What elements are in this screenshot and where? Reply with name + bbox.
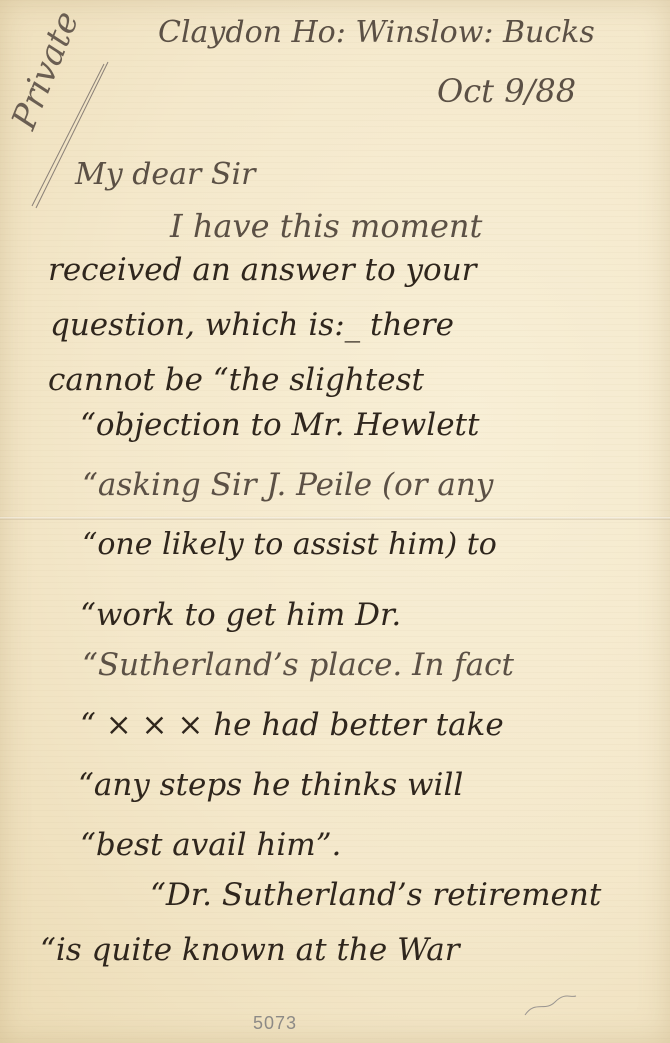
letter-salutation: My dear Sir bbox=[75, 160, 255, 190]
body-line: “any steps he thinks will bbox=[78, 770, 463, 801]
body-line: cannot be “the slightest bbox=[48, 365, 424, 396]
letter-page: Private Claydon Ho: Winslow: Bucks Oct 9… bbox=[0, 0, 670, 1043]
body-line: “Sutherland’s place. In fact bbox=[82, 650, 514, 681]
letter-date: Oct 9/88 bbox=[437, 75, 576, 107]
body-line: question, which is:_ there bbox=[50, 310, 454, 341]
pencil-squiggle bbox=[520, 990, 580, 1020]
catalog-number: 5073 bbox=[253, 1013, 297, 1034]
body-line: “best avail him”. bbox=[80, 830, 341, 861]
body-line: “Dr. Sutherland’s retirement bbox=[150, 880, 601, 911]
body-line: “one likely to assist him) to bbox=[82, 530, 497, 560]
body-line: “asking Sir J. Peile (or any bbox=[82, 470, 493, 501]
body-line: received an answer to your bbox=[48, 255, 477, 286]
body-line: “objection to Mr. Hewlett bbox=[80, 410, 479, 441]
letter-address: Claydon Ho: Winslow: Bucks bbox=[158, 18, 595, 48]
body-line: I have this moment bbox=[170, 210, 482, 242]
body-line: “is quite known at the War bbox=[40, 935, 460, 966]
paper-fold-crease bbox=[0, 517, 670, 520]
body-line: “ × × × he had better take bbox=[80, 710, 504, 741]
body-line: “work to get him Dr. bbox=[80, 600, 401, 631]
